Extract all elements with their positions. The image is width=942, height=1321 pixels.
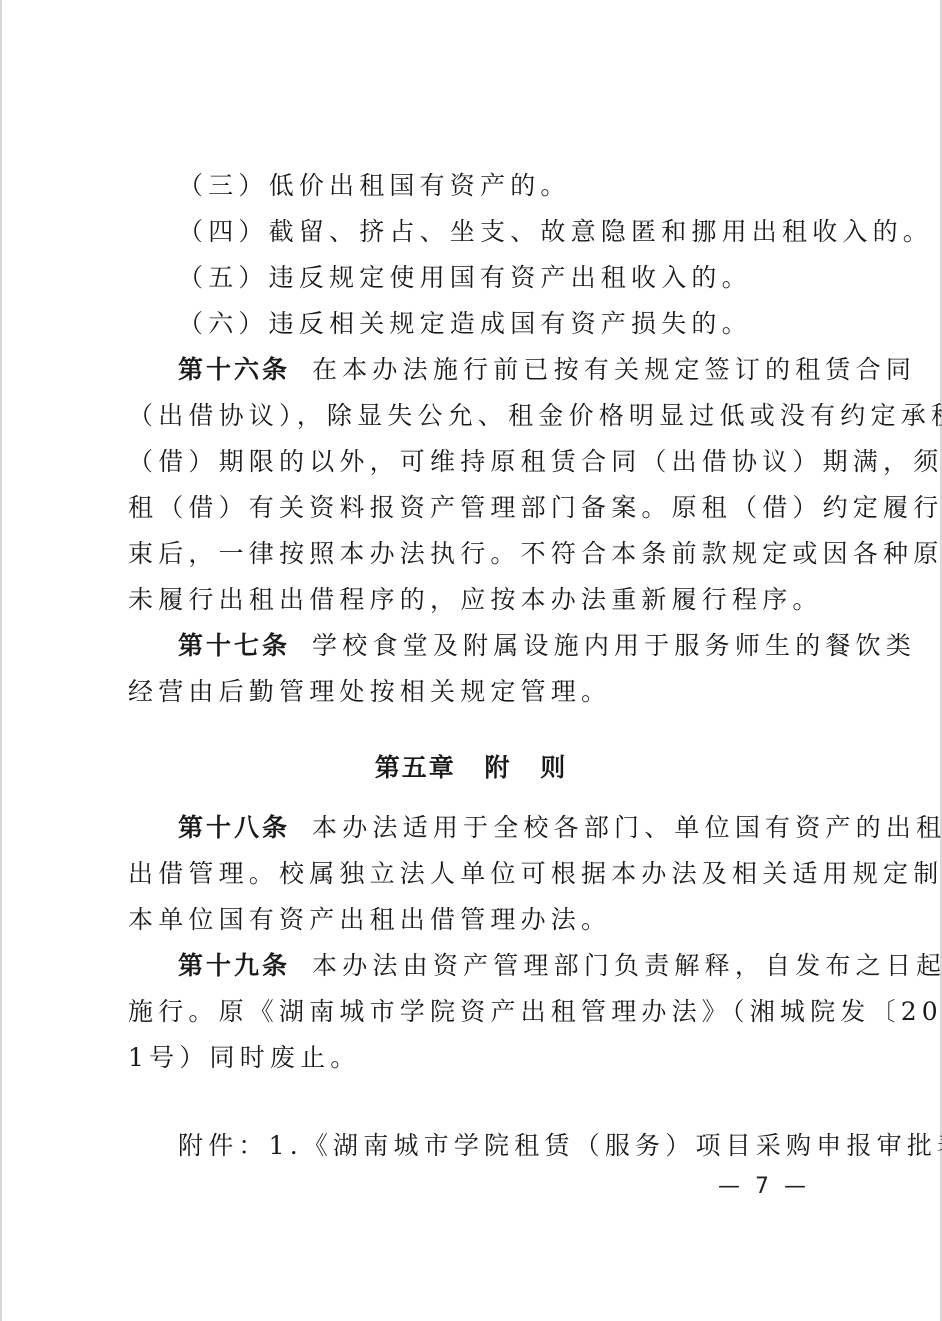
article-16-line: 第十六条在本办法施行前已按有关规定签订的租赁合同 [178,352,826,388]
list-item: （三）低价出租国有资产的。 [178,168,826,204]
paragraph-line: 租（借）有关资料报资产管理部门备案。原租（借）约定履行结 [128,490,826,526]
article-17-line: 第十七条学校食堂及附属设施内用于服务师生的餐饮类 [178,628,826,664]
paragraph-text: 本办法适用于全校各部门、单位国有资产的出租 [312,813,942,842]
chapter-title: 第五章 附 则 [0,750,942,786]
article-label: 第十八条 [178,813,290,842]
list-item: （四）截留、挤占、坐支、故意隐匿和挪用出租收入的。 [178,214,826,250]
article-label: 第十九条 [178,951,290,980]
paragraph-line: 未履行出租出借程序的，应按本办法重新履行程序。 [128,582,826,618]
paragraph-text: 本办法由资产管理部门负责解释，自发布之日起 [312,951,942,980]
article-19-line: 第十九条本办法由资产管理部门负责解释，自发布之日起 [178,948,826,984]
paragraph-line: （借）期限的以外，可维持原租赁合同（出借协议）期满，须将 [128,444,826,480]
article-label: 第十六条 [178,355,290,384]
article-18-line: 第十八条本办法适用于全校各部门、单位国有资产的出租 [178,810,826,846]
paragraph-text: 学校食堂及附属设施内用于服务师生的餐饮类 [312,631,916,660]
paragraph-line: 1号）同时废止。 [128,1040,826,1076]
list-item: （六）违反相关规定造成国有资产损失的。 [178,306,826,342]
paragraph-line: 施行。原《湖南城市学院资产出租管理办法》（湘城院发〔2018〕 [128,994,826,1030]
paragraph-line: 经营由后勤管理处按相关规定管理。 [128,674,826,710]
paragraph-line: 出借管理。校属独立法人单位可根据本办法及相关适用规定制定 [128,856,826,892]
paragraph-text: 在本办法施行前已按有关规定签订的租赁合同 [312,355,916,384]
page-number: — 7 — [718,1172,810,1202]
paragraph-line: 束后，一律按照本办法执行。不符合本条前款规定或因各种原因 [128,536,826,572]
paragraph-line: 本单位国有资产出租出借管理办法。 [128,902,826,938]
article-label: 第十七条 [178,631,290,660]
list-item: （五）违反规定使用国有资产出租收入的。 [178,260,826,296]
paragraph-line: （出借协议），除显失公允、租金价格明显过低或没有约定承租 [128,398,826,434]
page-edge [0,0,2,1321]
attachment-line: 附件：1.《湖南城市学院租赁（服务）项目采购申报审批表》 [178,1128,826,1164]
